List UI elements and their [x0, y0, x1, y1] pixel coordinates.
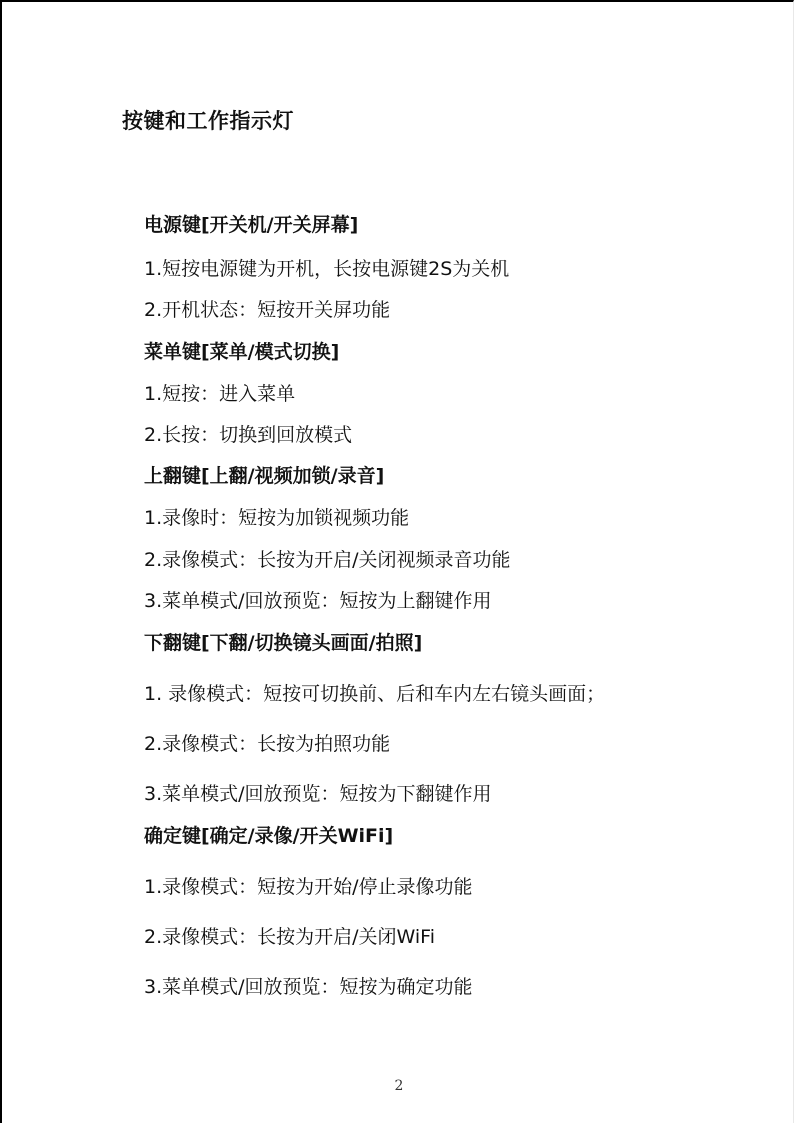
- list-item: 1.短按：进入菜单: [144, 379, 295, 406]
- section-heading-down-key: 下翻键[下翻/切换镜头画面/拍照]: [144, 628, 422, 655]
- section-heading-power-key: 电源键[开关机/开关屏幕]: [144, 210, 358, 237]
- section-heading-menu-key: 菜单键[菜单/模式切换]: [144, 337, 339, 364]
- list-item: 1.录像模式：短按为开始/停止录像功能: [144, 872, 473, 899]
- list-item: 3.菜单模式/回放预览：短按为上翻键作用: [144, 586, 492, 613]
- section-heading-up-key: 上翻键[上翻/视频加锁/录音]: [144, 461, 384, 488]
- list-item: 2.录像模式：长按为开启/关闭视频录音功能: [144, 545, 511, 572]
- section-heading-ok-key: 确定键[确定/录像/开关WiFi]: [144, 821, 393, 848]
- list-item: 2.长按：切换到回放模式: [144, 420, 352, 447]
- list-item: 1.录像时：短按为加锁视频功能: [144, 503, 409, 530]
- list-item: 2.录像模式：长按为拍照功能: [144, 729, 390, 756]
- list-item: 3.菜单模式/回放预览：短按为确定功能: [144, 972, 473, 999]
- list-item: 3.菜单模式/回放预览：短按为下翻键作用: [144, 779, 492, 806]
- document-page: 按键和工作指示灯 电源键[开关机/开关屏幕] 1.短按电源键为开机，长按电源键2…: [0, 0, 794, 1123]
- list-item: 1. 录像模式：短按可切换前、后和车内左右镜头画面；: [144, 679, 605, 706]
- list-item: 1.短按电源键为开机，长按电源键2S为关机: [144, 254, 509, 281]
- page-number: 2: [2, 1078, 794, 1094]
- page-title: 按键和工作指示灯: [122, 105, 294, 135]
- list-item: 2.开机状态：短按开关屏功能: [144, 295, 390, 322]
- list-item: 2.录像模式：长按为开启/关闭WiFi: [144, 922, 435, 949]
